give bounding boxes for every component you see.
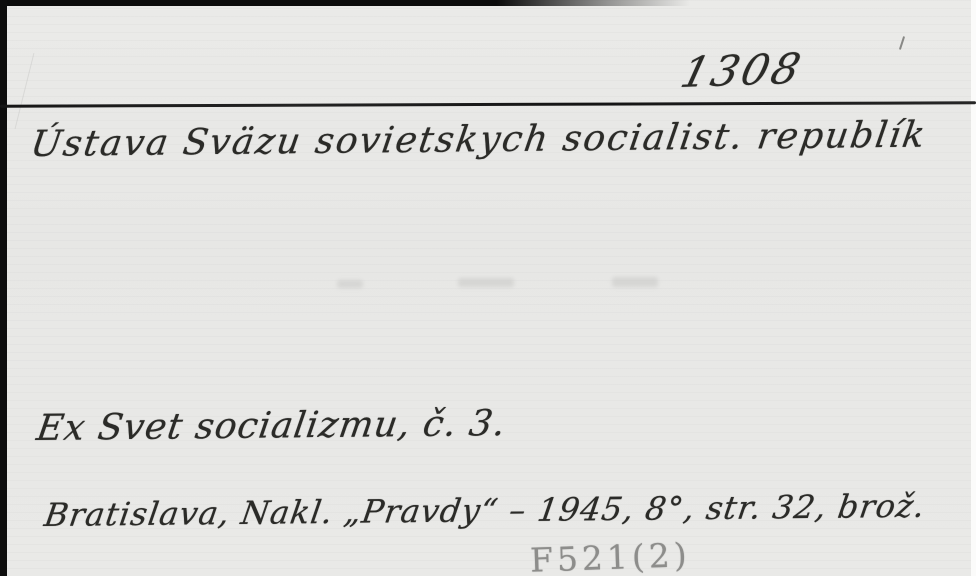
scanner-edge-left: [0, 0, 7, 576]
scanner-edge-top: [0, 0, 690, 6]
ruled-divider-line: [0, 101, 976, 107]
ink-bleed-smudge: [612, 277, 658, 287]
card-title-handwriting: Ústava Sväzu sovietskych socialist. repu…: [28, 115, 930, 165]
stray-pen-mark: [899, 36, 905, 50]
ink-bleed-smudge: [458, 278, 514, 287]
pencil-shelfmark: F521(2): [529, 535, 691, 576]
imprint-handwriting: Bratislava, Nakl. „Pravdy“ – 1945, 8°, s…: [42, 487, 928, 534]
paper-crease: [15, 53, 35, 129]
scan-edge-right-highlight: [971, 0, 976, 576]
catalog-number: 1308: [676, 44, 808, 97]
ink-bleed-smudge: [337, 280, 363, 288]
series-note-handwriting: Ex Svet socializmu, č. 3.: [34, 403, 509, 449]
catalog-card-scan: 1308 Ústava Sväzu sovietskych socialist.…: [0, 0, 976, 576]
